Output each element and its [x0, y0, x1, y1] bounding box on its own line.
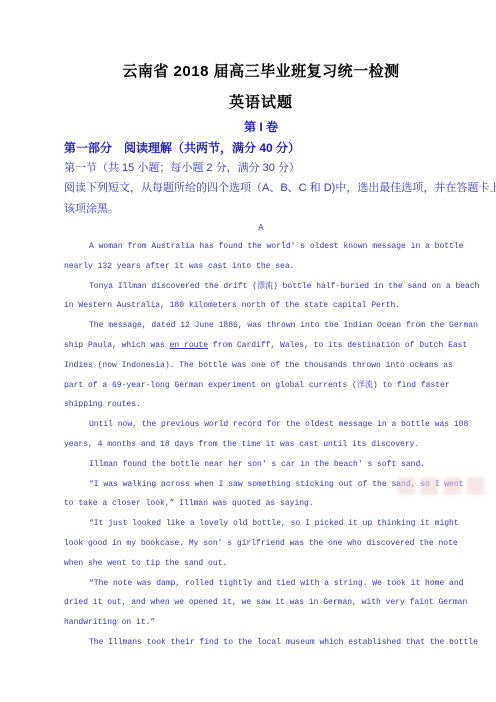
passage-line: when she went to tip the sand out.	[64, 554, 458, 574]
passage-line: dried it out, and when we opened it, we …	[64, 593, 458, 613]
passage-line: A woman from Australia has found the wor…	[64, 237, 458, 257]
page-subtitle: 英语试题	[64, 93, 458, 112]
passage-line: shipping routes.	[64, 395, 458, 415]
subsection-heading: 第一节（共 15 小题；每小题 2 分，满分 30 分）	[64, 160, 458, 176]
document-content: 云南省 2018 届高三毕业班复习统一检测 英语试题 第 I 卷 第一部分 阅读…	[64, 0, 458, 653]
passage-line: part of a 69-year-long German experiment…	[64, 376, 458, 396]
passage-line: Until now, the previous world record for…	[64, 415, 458, 435]
passage-line: to take a closer look,” Illman was quote…	[64, 494, 458, 514]
passage-line: “The note was damp, rolled tightly and t…	[64, 574, 458, 594]
passage-line: Tonya Illman discovered the drift (漂流) b…	[64, 277, 458, 297]
exam-paper-page: 云南省 2018 届高三毕业班复习统一检测 英语试题 第 I 卷 第一部分 阅读…	[0, 0, 496, 702]
underlined-term: en route	[170, 341, 208, 350]
passage-line: in Western Australia, 180 kilometers nor…	[64, 296, 458, 316]
instructions-line: 该项涂黑。	[64, 199, 458, 220]
passage-line: The message, dated 12 June 1886, was thr…	[64, 316, 458, 336]
passage-line: years, 4 months and 18 days from the tim…	[64, 435, 458, 455]
passage-label: A	[64, 220, 458, 237]
passage-line: Illman found the bottle near her son' s …	[64, 455, 458, 475]
line-segment: ship Paula, which was	[64, 341, 170, 350]
page-title: 云南省 2018 届高三毕业班复习统一检测	[64, 62, 458, 81]
passage-line: Indies (now Indonesia). The bottle was o…	[64, 356, 458, 376]
passage-line: The Illmans took their find to the local…	[64, 633, 458, 653]
instructions-line: 阅读下列短文，从每题所给的四个选项（A、B、C 和 D)中，选出最佳选项，并在答…	[64, 178, 458, 199]
passage-line: look good in my bookcase. My son' s girl…	[64, 534, 458, 554]
passage-line: “It just looked like a lovely old bottle…	[64, 514, 458, 534]
passage-line: handwriting on it.”	[64, 613, 458, 633]
part-one-heading: 第一部分 阅读理解（共两节，满分 40 分）	[64, 140, 458, 156]
instructions: 阅读下列短文，从每题所给的四个选项（A、B、C 和 D)中，选出最佳选项，并在答…	[64, 178, 458, 220]
passage-line: nearly 132 years after it was cast into …	[64, 257, 458, 277]
line-segment: from Cardiff, Wales, to its destination …	[208, 341, 467, 350]
watermark	[398, 477, 484, 495]
volume-heading: 第 I 卷	[64, 120, 458, 135]
passage-line: ship Paula, which was en route from Card…	[64, 336, 458, 356]
